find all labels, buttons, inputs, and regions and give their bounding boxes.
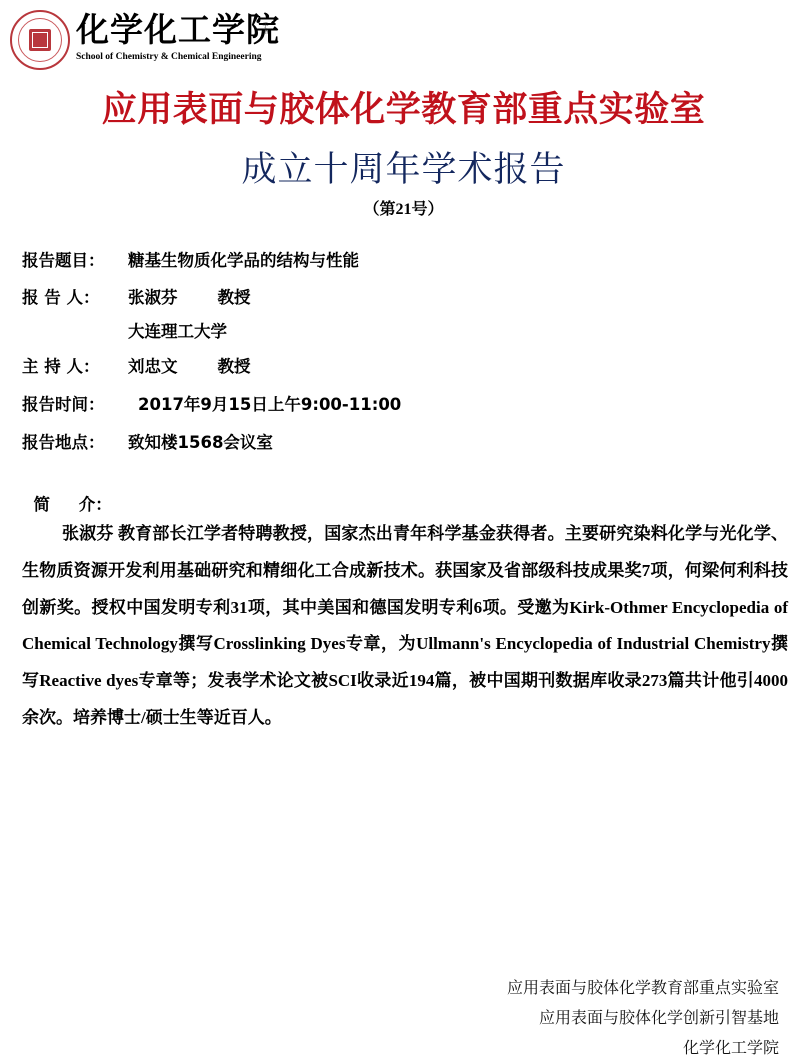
lab-title: 应用表面与胶体化学教育部重点实验室 (0, 88, 807, 132)
info-speaker: 报 告 人：张淑芬教授 (22, 287, 251, 309)
host-label: 主 持 人： (22, 356, 128, 378)
info-speaker-affiliation: 大连理工大学 (22, 321, 227, 343)
info-topic: 报告题目：糖基生物质化学品的结构与性能 (22, 250, 359, 272)
school-logo: 化学化工学院 手书 School of Chemistry & Chemical… (10, 8, 280, 70)
event-title: 成立十周年学术报告 (0, 148, 807, 192)
intro-label: 简 介： (34, 494, 140, 516)
speaker-affiliation: 大连理工大学 (128, 321, 227, 343)
speaker-label: 报 告 人： (22, 287, 128, 309)
speaker-biography: 张淑芬 教育部长江学者特聘教授，国家杰出青年科学基金获得者。主要研究染料化学与光… (22, 516, 788, 737)
biography-text: 张淑芬 教育部长江学者特聘教授，国家杰出青年科学基金获得者。主要研究染料化学与光… (22, 516, 788, 737)
info-time: 报告时间：2017年9月15日上午9:00-11:00 (22, 394, 401, 416)
info-intro-label: 简 介： (22, 472, 140, 516)
organizer-footer: 应用表面与胶体化学教育部重点实验室 应用表面与胶体化学创新引智基地 化学化工学院 (507, 973, 779, 1063)
info-location: 报告地点：致知楼1568会议室 (22, 432, 273, 454)
logo-chinese-name: 化学化工学院 (76, 12, 280, 48)
logo-signature: 手书 (260, 22, 269, 34)
speaker-title: 教授 (218, 287, 251, 309)
time-value: 2017年9月15日上午9:00-11:00 (138, 394, 401, 416)
issue-number: （第21号） (0, 196, 807, 219)
logo-english-name: School of Chemistry & Chemical Engineeri… (76, 52, 262, 62)
info-host: 主 持 人：刘忠文教授 (22, 356, 251, 378)
organizer-base: 应用表面与胶体化学创新引智基地 (507, 1003, 779, 1033)
host-name: 刘忠文 (128, 356, 178, 378)
organizer-lab: 应用表面与胶体化学教育部重点实验室 (507, 973, 779, 1003)
school-seal-icon (10, 10, 70, 70)
organizer-school: 化学化工学院 (507, 1033, 779, 1063)
location-value: 致知楼1568会议室 (128, 432, 273, 454)
topic-label: 报告题目： (22, 250, 128, 272)
host-title: 教授 (218, 356, 251, 378)
topic-value: 糖基生物质化学品的结构与性能 (128, 250, 359, 272)
time-label: 报告时间： (22, 394, 128, 416)
location-label: 报告地点： (22, 432, 128, 454)
speaker-name: 张淑芬 (128, 287, 178, 309)
